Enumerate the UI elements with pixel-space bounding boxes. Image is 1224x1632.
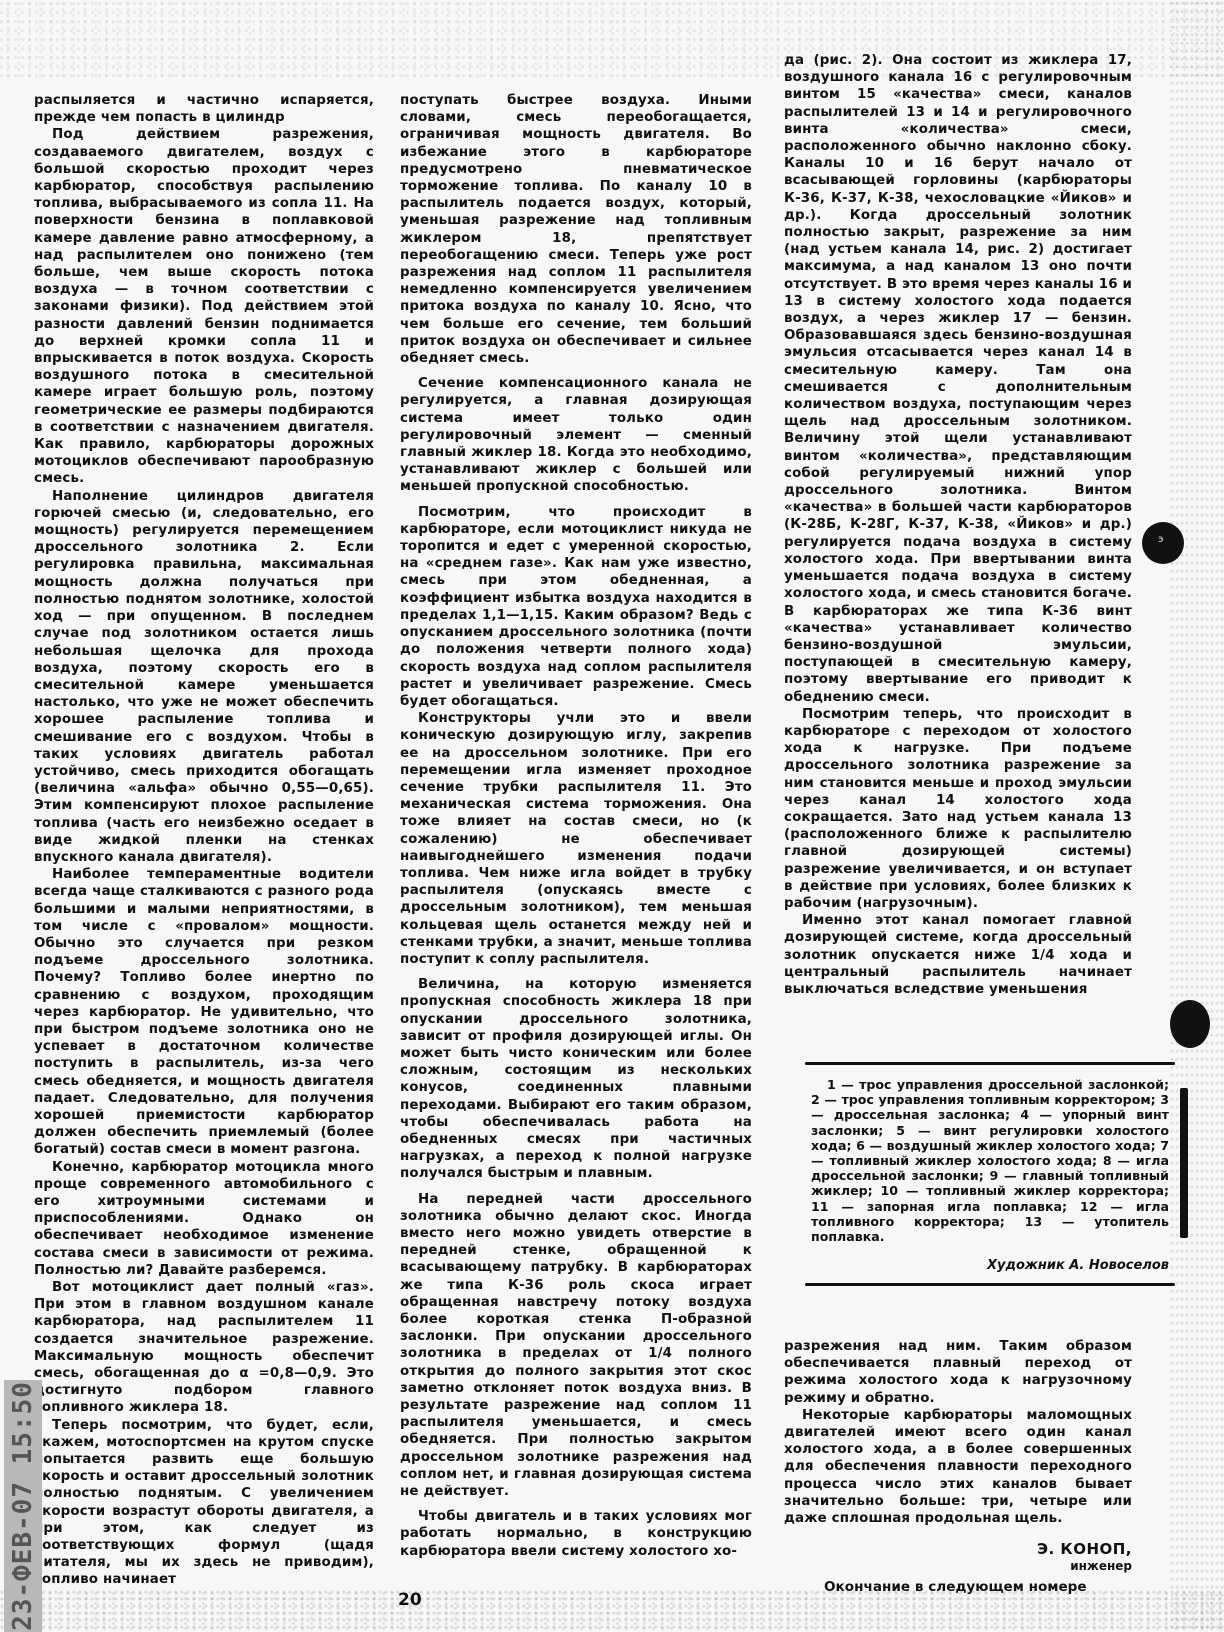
paragraph: Теперь посмотрим, что будет, если, скаже…: [34, 1417, 374, 1589]
paragraph: Конструкторы учли это и ввели коническую…: [400, 710, 752, 968]
author-signature: Э. КОНОП, инженер Окончание в следующем …: [784, 1540, 1132, 1595]
paragraph: Именно этот канал помогает главной дозир…: [784, 912, 1132, 998]
artist-credit: Художник А. Новоселов: [805, 1258, 1169, 1273]
paragraph: Вот мотоциклист дает полный «газ». При э…: [34, 1279, 374, 1417]
paragraph: Наполнение цилиндров двигателя горючей с…: [34, 488, 374, 866]
figure-caption-block: 1 — трос управления дроссельной заслонко…: [805, 1062, 1175, 1286]
paragraph: распыляется и частично испаряется, прежд…: [34, 92, 374, 126]
article-column-1: распыляется и частично испаряется, прежд…: [34, 92, 374, 1589]
divider: [805, 1283, 1175, 1286]
paragraph: Посмотрим теперь, что происходит в карбю…: [784, 706, 1132, 912]
archive-date-stamp: 23-ФЕВ-07 15:50: [4, 1380, 42, 1632]
paragraph: Под действием разрежения, создаваемого д…: [34, 126, 374, 487]
paragraph: Величина, на которую изменяется пропускн…: [400, 976, 752, 1182]
article-column-3-continuation: разрежения над ним. Таким образом обеспе…: [784, 1338, 1132, 1527]
paragraph: Чтобы двигатель и в таких условиях мог р…: [400, 1508, 752, 1560]
paragraph: Конечно, карбюратор мотоцикла много прощ…: [34, 1159, 374, 1279]
paragraph: поступать быстрее воздуха. Иными словами…: [400, 92, 752, 367]
punch-hole-mark: [1170, 1000, 1210, 1048]
scan-noise-bottom: [0, 1590, 1224, 1632]
paragraph: На передней части дроссельного золотника…: [400, 1191, 752, 1501]
margin-bar-mark: [1180, 1088, 1188, 1238]
continued-note: Окончание в следующем номере: [784, 1579, 1132, 1595]
paragraph: разрежения над ним. Таким образом обеспе…: [784, 1338, 1132, 1407]
divider: [805, 1062, 1175, 1065]
figure-caption: 1 — трос управления дроссельной заслонко…: [811, 1077, 1169, 1244]
paragraph: Наиболее темпераментные водители всегда …: [34, 866, 374, 1158]
paragraph: Посмотрим, что происходит в карбюраторе,…: [400, 504, 752, 710]
page-number: 20: [398, 1590, 422, 1610]
article-column-3: да (рис. 2). Она состоит из жиклера 17, …: [784, 52, 1132, 998]
punch-label: э: [1158, 534, 1164, 545]
paragraph: Некоторые карбюраторы маломощных двигате…: [784, 1407, 1132, 1527]
scan-noise-right: [1170, 0, 1224, 1632]
stamp-text: 23-ФЕВ-07 15:50: [8, 1381, 38, 1631]
paragraph: да (рис. 2). Она состоит из жиклера 17, …: [784, 52, 1132, 706]
punch-hole-mark: э: [1142, 522, 1184, 564]
article-column-2: поступать быстрее воздуха. Иными словами…: [400, 92, 752, 1560]
author-name: Э. КОНОП,: [784, 1540, 1132, 1558]
author-role: инженер: [784, 1559, 1132, 1573]
paragraph: Сечение компенсационного канала не регул…: [400, 375, 752, 495]
